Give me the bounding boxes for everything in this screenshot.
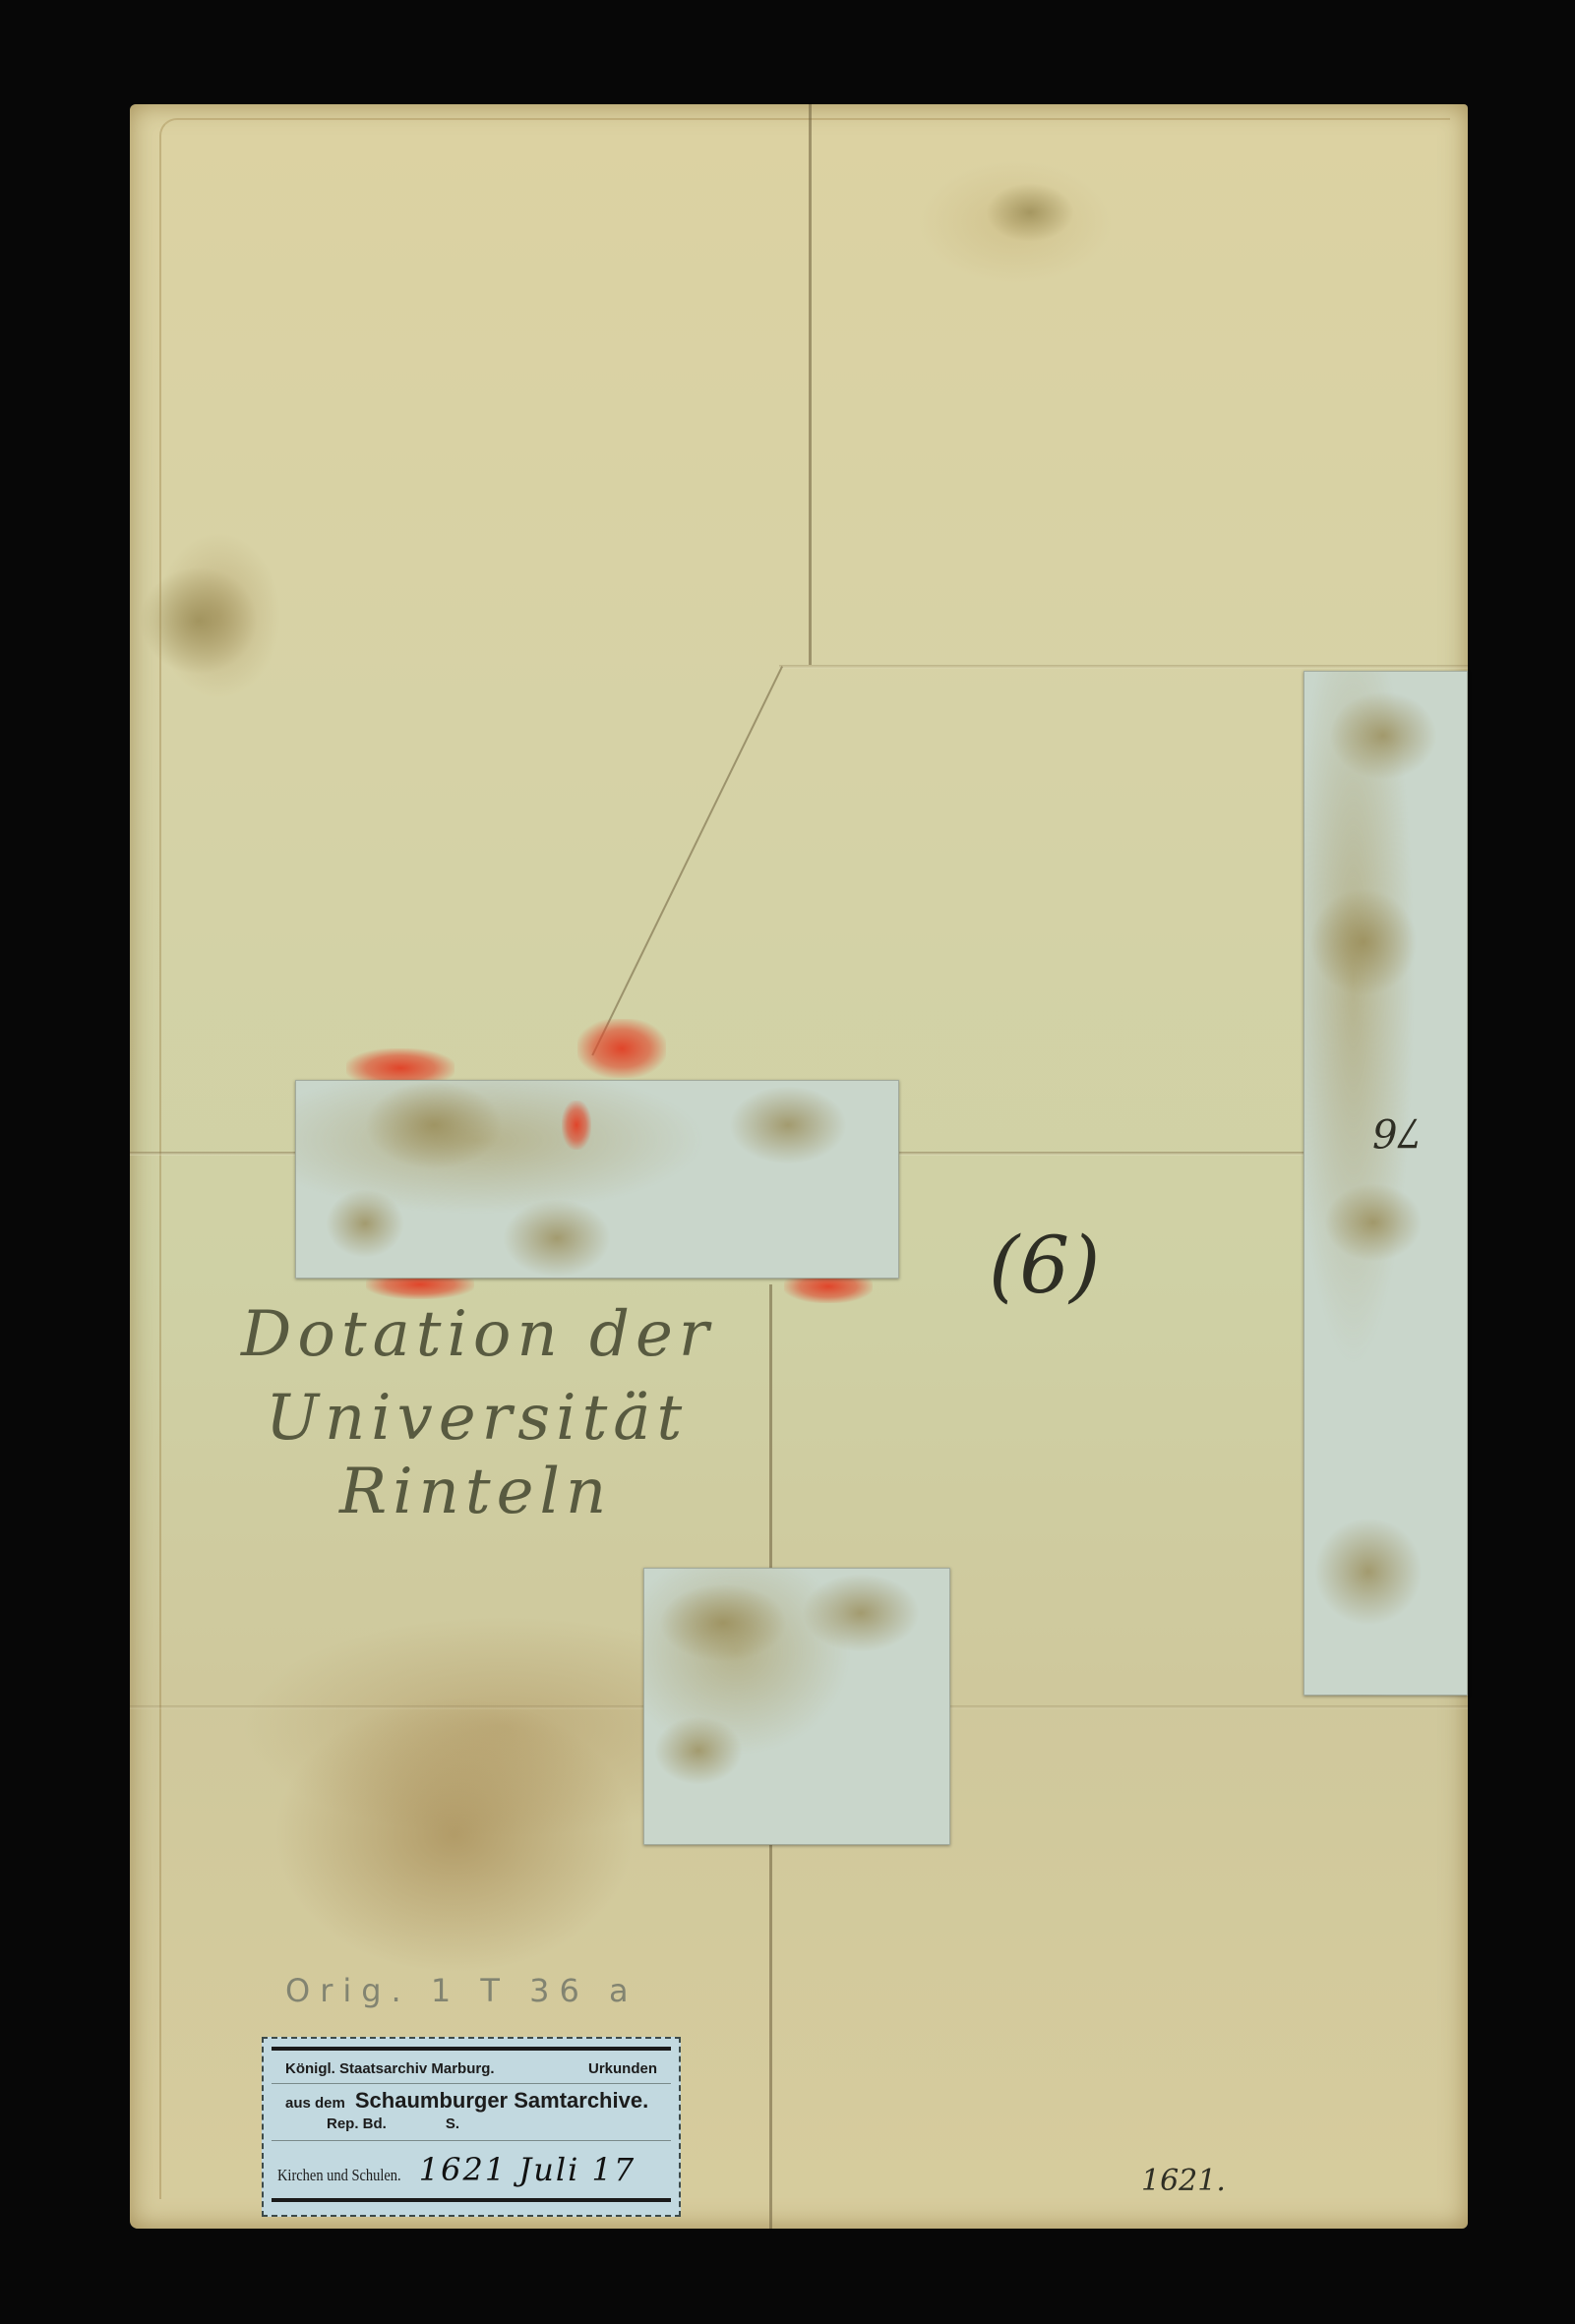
patch-number-mark: 76: [1372, 1109, 1423, 1155]
stain: [802, 1574, 920, 1652]
archive-label: Königl. Staatsarchiv Marburg. Urkunden a…: [262, 2037, 681, 2217]
endorsement-line-1: Dotation der: [241, 1298, 714, 1371]
wax-seal-remnant: [577, 1019, 666, 1078]
stain: [986, 183, 1074, 242]
vertical-fold-upper: [809, 104, 812, 665]
label-rep: Rep. Bd.: [327, 2115, 387, 2132]
stain: [729, 1086, 847, 1164]
stain: [1324, 1183, 1423, 1262]
year-note: 1621.: [1141, 2164, 1226, 2198]
bracket-number-mark: (6): [989, 1220, 1100, 1311]
stain: [654, 1716, 743, 1785]
label-category: Kirchen und Schulen.: [277, 2166, 401, 2185]
pencil-shelfmark: Orig. 1 T 36 a: [285, 1972, 638, 2009]
label-row-category: Kirchen und Schulen. 1621 Juli 17: [272, 2141, 671, 2194]
stain: [1309, 888, 1418, 996]
label-s: S.: [446, 2115, 459, 2132]
stain: [1329, 691, 1437, 780]
label-collection-name: Schaumburger Samtarchive.: [355, 2088, 648, 2114]
paper-patch-bottom: [643, 1568, 950, 1845]
paper-patch-right: [1303, 671, 1468, 1696]
paper-patch-center: [295, 1080, 899, 1279]
label-bottom-rule: [272, 2198, 671, 2202]
label-urkunden: Urkunden: [588, 2060, 657, 2077]
label-row-archive: Königl. Staatsarchiv Marburg. Urkunden: [272, 2056, 671, 2084]
horizontal-crease: [779, 665, 1468, 669]
stain: [365, 1081, 503, 1169]
endorsement-line-3: Rinteln: [339, 1456, 612, 1528]
stain: [140, 566, 258, 675]
label-date-handwritten: 1621 Juli 17: [419, 2151, 636, 2188]
label-row-rep: Rep. Bd. S.: [272, 2114, 671, 2141]
label-archive-name: Königl. Staatsarchiv Marburg.: [285, 2060, 495, 2077]
stain: [503, 1199, 611, 1278]
diagonal-crease: [591, 666, 783, 1055]
label-prefix: aus dem: [285, 2095, 345, 2112]
stain: [1314, 1518, 1423, 1626]
stain: [659, 1583, 787, 1662]
label-top-rule: [272, 2047, 671, 2051]
wax-seal-remnant: [562, 1101, 591, 1150]
label-row-collection: aus dem Schaumburger Samtarchive.: [272, 2084, 671, 2114]
endorsement-line-2: Universität: [266, 1382, 688, 1455]
stain: [326, 1189, 404, 1258]
